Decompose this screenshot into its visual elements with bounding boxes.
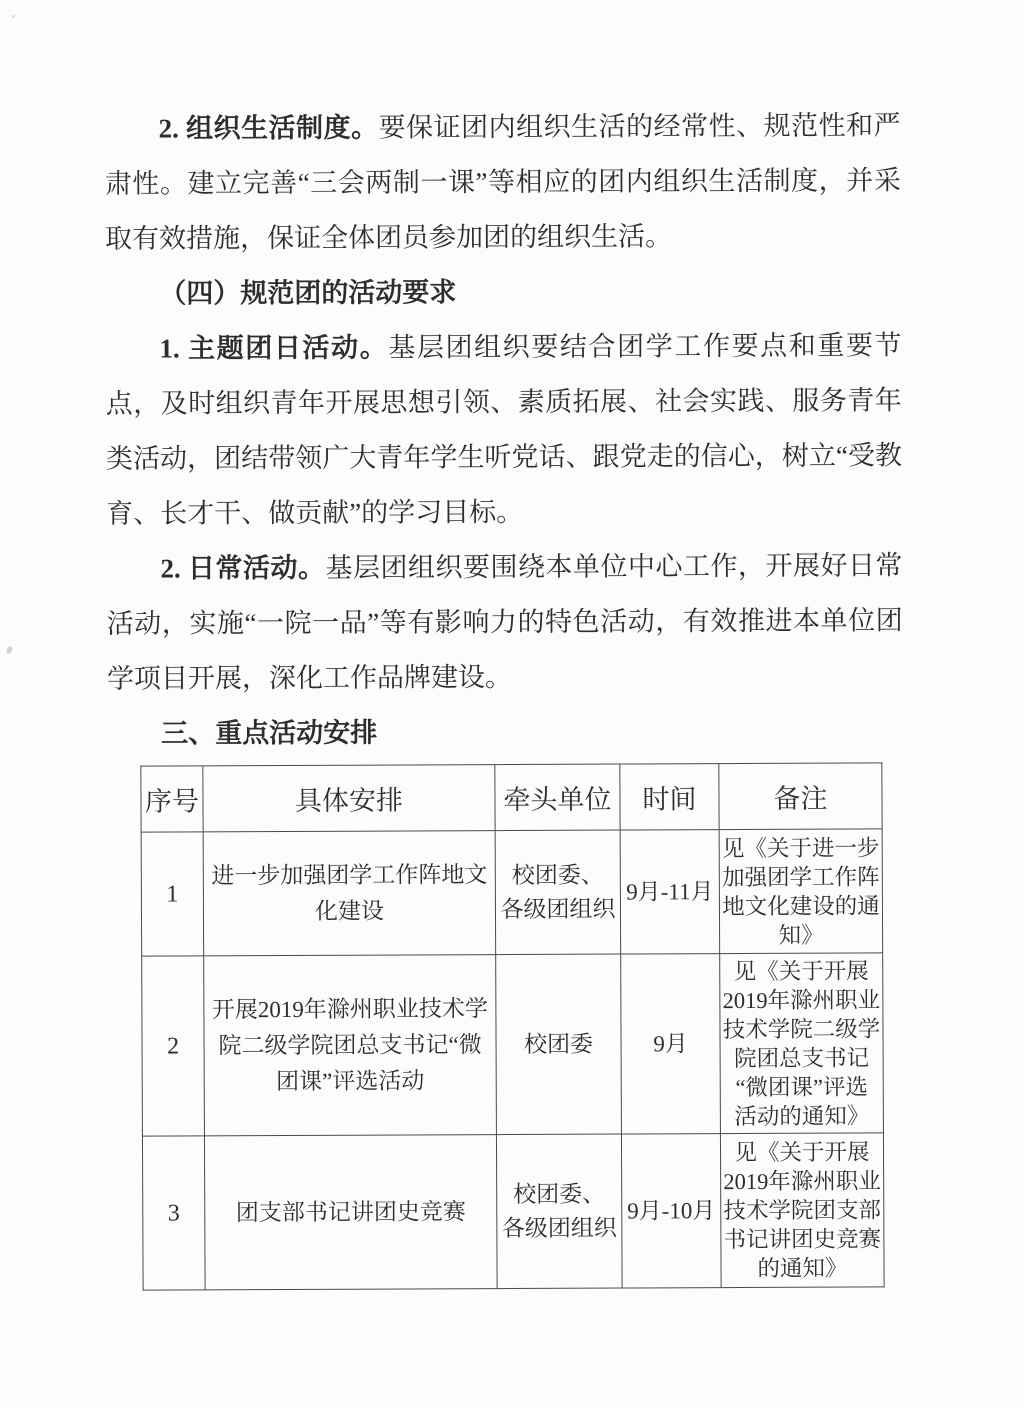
- table-header-row: 序号 具体安排 牵头单位 时间 备注: [141, 763, 882, 832]
- cell-lead-unit: 校团委、 各级团组织: [496, 1134, 622, 1289]
- cell-time: 9月-11月: [620, 830, 720, 954]
- cell-no: 3: [142, 1136, 205, 1290]
- heading-text: 三、重点活动安排: [161, 718, 377, 749]
- paragraph-lead: 2. 组织生活制度。: [158, 113, 378, 144]
- paragraph-theme-league-day: 1. 主题团日活动。基层团组织要结合团学工作要点和重要节点，及时组织青年开展思想…: [105, 318, 902, 541]
- key-activities-table: 序号 具体安排 牵头单位 时间 备注 1 进一步加强团学工作阵地文 化建设 校团…: [140, 762, 884, 1290]
- paragraph-org-life-system: 2. 组织生活制度。要保证团内组织生活的经常性、规范性和严肃性。建立完善“三会两…: [104, 98, 901, 266]
- column-header-no: 序号: [141, 766, 203, 832]
- column-header-time: 时间: [620, 764, 719, 830]
- cell-remark: 见《关于开展 2019年滁州职业 技术学院团支部 书记讲团史竞赛 的通知》: [720, 1133, 884, 1288]
- cell-arrangement: 开展2019年滁州职业技术学 院二级学院团总支书记“微 团课”评选活动: [204, 955, 497, 1136]
- cell-lead-unit: 校团委、 各级团组织: [495, 830, 621, 955]
- table-row: 3 团支部书记讲团史竞赛 校团委、 各级团组织 9月-10月 见《关于开展 20…: [142, 1133, 884, 1290]
- cell-no: 1: [141, 832, 204, 956]
- section-heading-four: （四）规范团的活动要求: [105, 263, 901, 321]
- column-header-lead-unit: 牵头单位: [495, 764, 620, 831]
- column-header-arrangement: 具体安排: [203, 765, 495, 832]
- cell-time: 9月: [621, 954, 721, 1134]
- cell-time: 9月-10月: [621, 1134, 721, 1288]
- cell-arrangement: 进一步加强团学工作阵地文 化建设: [203, 831, 496, 956]
- cell-remark: 见《关于开展 2019年滁州职业 技术学院二级学 院团总支书记 “微团课”评选 …: [720, 953, 884, 1134]
- cell-no: 2: [142, 956, 205, 1136]
- heading-text: （四）规范团的活动要求: [159, 277, 456, 308]
- paragraph-lead: 1. 主题团日活动。: [159, 333, 388, 364]
- document-content: 2. 组织生活制度。要保证团内组织生活的经常性、规范性和严肃性。建立完善“三会两…: [0, 0, 906, 1291]
- table-body: 1 进一步加强团学工作阵地文 化建设 校团委、 各级团组织 9月-11月 见《关…: [141, 829, 884, 1290]
- cell-remark: 见《关于进一步 加强团学工作阵 地文化建设的通 知》: [719, 829, 883, 954]
- paragraph-daily-activities: 2. 日常活动。基层团组织要围绕本单位中心工作，开展好日常活动，实施“一院一品”…: [106, 538, 903, 706]
- paragraph-lead: 2. 日常活动。: [160, 553, 325, 584]
- table-row: 1 进一步加强团学工作阵地文 化建设 校团委、 各级团组织 9月-11月 见《关…: [141, 829, 883, 956]
- table-row: 2 开展2019年滁州职业技术学 院二级学院团总支书记“微 团课”评选活动 校团…: [142, 953, 884, 1136]
- cell-lead-unit: 校团委: [496, 954, 622, 1135]
- column-header-remark: 备注: [719, 763, 882, 830]
- scanned-document-page: 2. 组织生活制度。要保证团内组织生活的经常性、规范性和严肃性。建立完善“三会两…: [0, 0, 1024, 1408]
- cell-arrangement: 团支部书记讲团史竞赛: [204, 1135, 497, 1290]
- table-title-key-activities: 三、重点活动安排: [107, 703, 903, 761]
